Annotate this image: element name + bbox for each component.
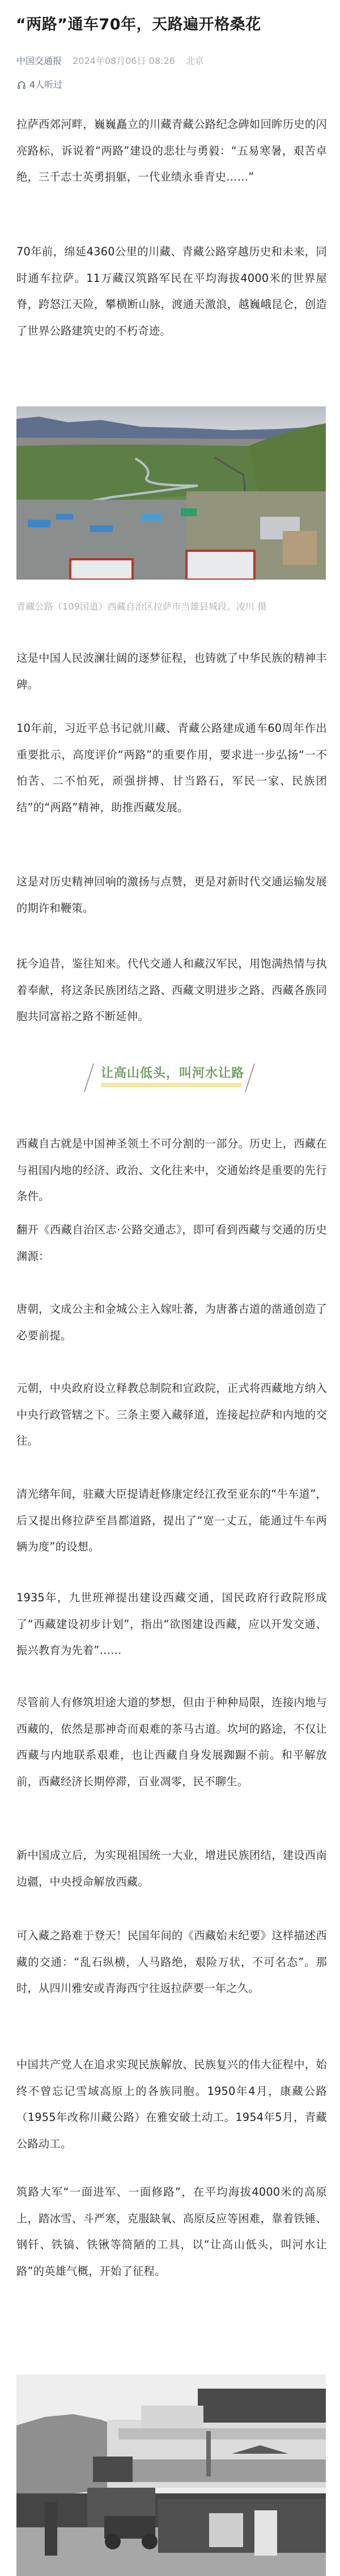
paragraph: 这是对历史精神回响的激扬与点赞，更是对新时代交通运输发展的期许和鞭策。 (16, 869, 327, 921)
figure-image-aerial-highway[interactable] (16, 406, 326, 580)
paragraph: 拉萨西郊河畔，巍巍矗立的川藏青藏公路纪念碑如回眸历史的闪亮路标，诉说着“两路”建… (16, 112, 327, 191)
paragraph: 唐朝，文成公主和金城公主入嫁吐蕃，为唐蕃古道的凿通创造了必要前提。 (16, 1296, 327, 1349)
article-location: 北京 (186, 55, 204, 66)
heading-slash-right (245, 1064, 255, 1092)
paragraph: 新中国成立后，为实现祖国统一大业，增进民族团结，建设西南边疆，中央授命解放西藏。 (16, 1842, 327, 1895)
paragraph: 筑路大军“一面进军、一面修路”，在平均海拔4000米的高原上，踏冰雪、斗严寒，克… (16, 2179, 327, 2284)
paragraph: 可入藏之路难于登天！民国年间的《西藏始末纪要》这样描述西藏的交通：“乱石纵横，人… (16, 1923, 327, 2002)
paragraph: 西藏自古就是中国神圣领土不可分割的一部分。历史上，西藏在与祖国内地的经济、政治、… (16, 1131, 327, 1210)
paragraph: 尽管前人有修筑坦途大道的梦想，但由于种种局限，连接内地与西藏的，依然是那神奇而艰… (16, 1690, 327, 1795)
paragraph: 70年前，绵延4360公里的川藏、青藏公路穿越历史和未来，同时通车拉萨。11万藏… (16, 239, 327, 344)
article-date: 2024年08月06日 08:26 (73, 55, 175, 66)
paragraph: 中国共产党人在追求实现民族解放、民族复兴的伟大征程中，始终不曾忘记雪域高原上的各… (16, 2052, 327, 2157)
article-source[interactable]: 中国交通报 (16, 55, 62, 66)
paragraph: 抚今追昔，鉴往知来。代代交通人和藏汉军民，用饱满热情与执着奉献，将这条民族团结之… (16, 951, 327, 1030)
listen-count-row[interactable]: 4人听过 (17, 78, 62, 92)
section-heading: 让高山低头，叫河水让路 (85, 1060, 255, 1100)
paragraph: 这是中国人民波澜壮阔的逐梦征程，也铸就了中华民族的精神丰碑。 (16, 645, 327, 698)
article-meta: 中国交通报 2024年08月06日 08:26 北京 (16, 54, 204, 68)
section-heading-text: 让高山低头，叫河水让路 (101, 1064, 244, 1081)
heading-underline (101, 1083, 241, 1087)
listen-count: 4人听过 (29, 78, 62, 92)
article-title: “两路”通车70年，天路遍开格桑花 (16, 14, 328, 36)
paragraph: 10年前，习近平总书记就川藏、青藏公路建成通车60周年作出重要批示，高度评价“两… (16, 715, 327, 821)
figure-caption: 青藏公路（109国道）西藏自治区拉萨市当雄县城段。凌川 摄 (16, 600, 326, 614)
figure-image-historic-potala[interactable] (16, 2374, 326, 2576)
paragraph: 清光绪年间，驻藏大臣提请赶修康定经江孜至亚东的“牛车道”，后又提出修拉萨至昌都道… (16, 1481, 327, 1561)
paragraph: 元朝，中央政府设立释教总制院和宣政院，正式将西藏地方纳入中央行政管辖之下。三条主… (16, 1375, 327, 1455)
paragraph: 1935年，九世班禅提出建设西藏交通，国民政府行政院形成了“西藏建设初步计划”，… (16, 1585, 327, 1664)
paragraph: 翻开《西藏自治区志·公路交通志》，即可看到西藏与交通的历史渊源： (16, 1217, 327, 1270)
heading-slash-left (84, 1064, 94, 1092)
headphones-icon (17, 80, 26, 89)
